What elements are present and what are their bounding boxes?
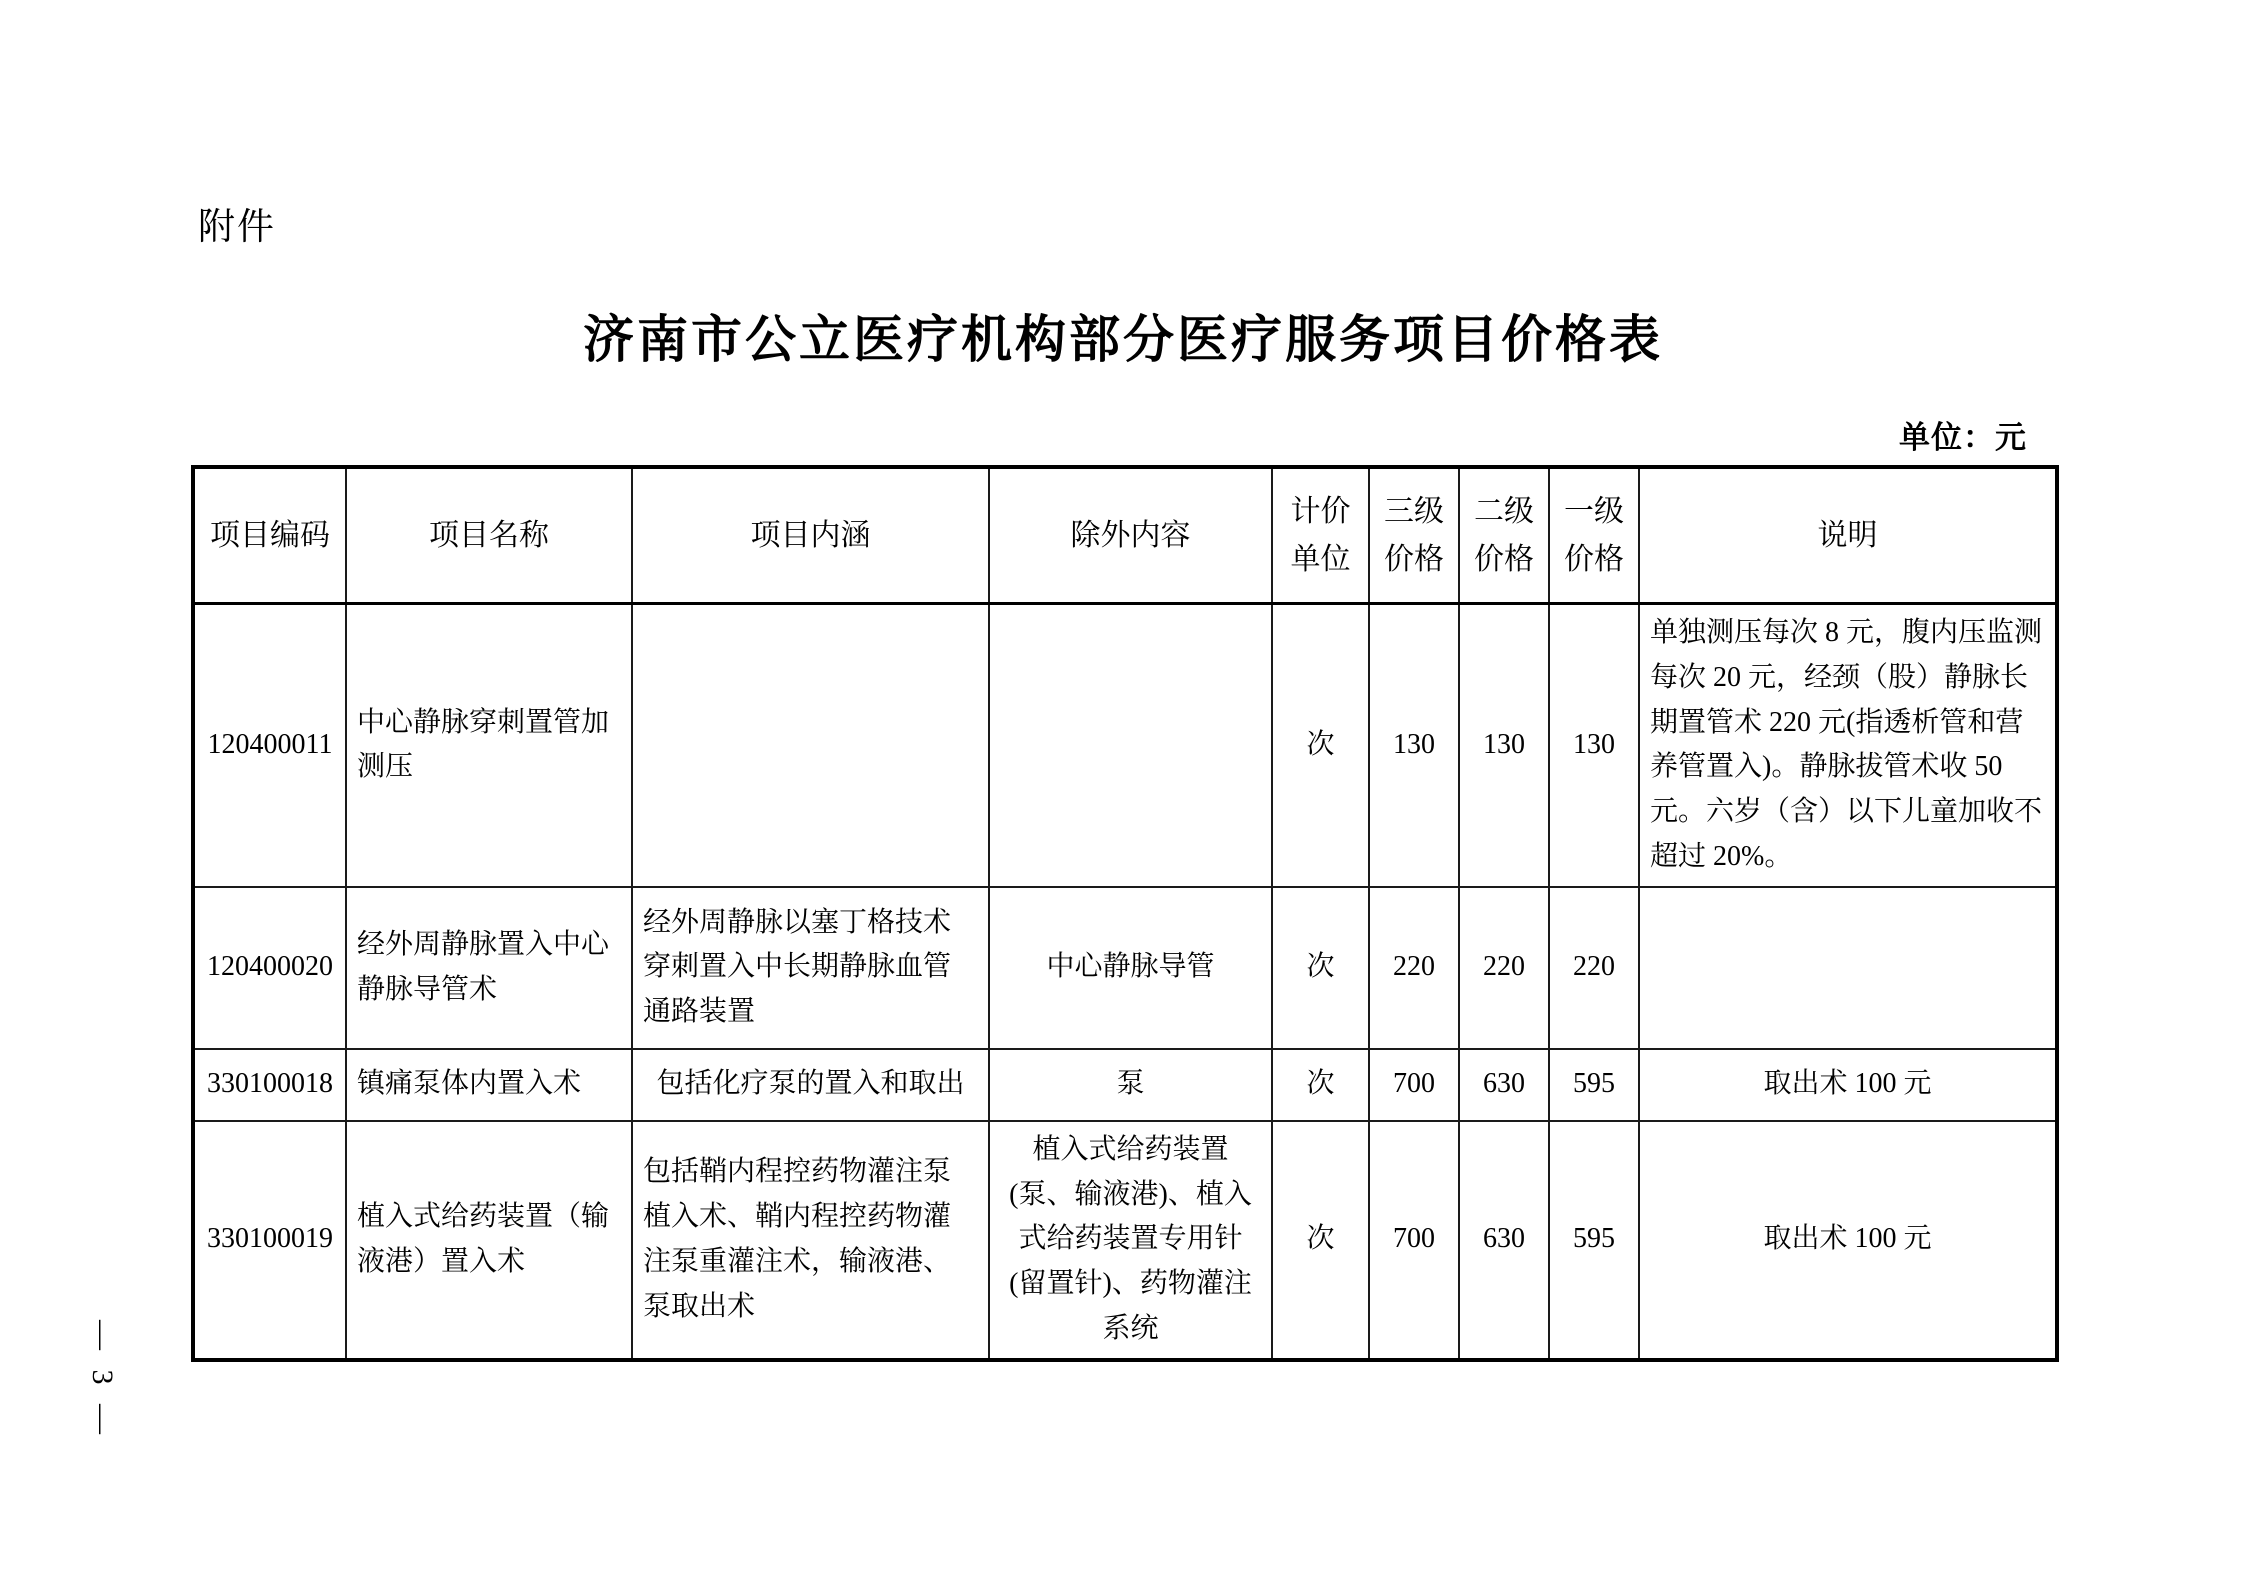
cell-price-l2: 130	[1459, 604, 1549, 887]
cell-name: 经外周静脉置入中心静脉导管术	[346, 887, 632, 1049]
table-row: 120400020 经外周静脉置入中心静脉导管术 经外周静脉以塞丁格技术穿刺置入…	[193, 887, 2057, 1049]
cell-name: 镇痛泵体内置入术	[346, 1049, 632, 1121]
page-title: 济南市公立医疗机构部分医疗服务项目价格表	[0, 298, 2246, 372]
cell-name: 植入式给药装置（输液港）置入术	[346, 1121, 632, 1360]
cell-content: 包括鞘内程控药物灌注泵植入术、鞘内程控药物灌注泵重灌注术，输液港、泵取出术	[632, 1121, 989, 1360]
cell-price-l1: 130	[1549, 604, 1639, 887]
cell-code: 120400011	[193, 604, 346, 887]
cell-unit: 次	[1272, 604, 1369, 887]
table-row: 330100019 植入式给药装置（输液港）置入术 包括鞘内程控药物灌注泵植入术…	[193, 1121, 2057, 1360]
cell-note	[1639, 887, 2057, 1049]
cell-price-l3: 700	[1369, 1049, 1459, 1121]
cell-price-l3: 130	[1369, 604, 1459, 887]
cell-price-l2: 630	[1459, 1049, 1549, 1121]
cell-price-l3: 700	[1369, 1121, 1459, 1360]
attachment-label: 附件	[198, 196, 276, 250]
cell-price-l1: 220	[1549, 887, 1639, 1049]
column-header-unit: 计价 单位	[1272, 467, 1369, 604]
column-header-content: 项目内涵	[632, 467, 989, 604]
column-header-note: 说明	[1639, 467, 2057, 604]
cell-price-l2: 220	[1459, 887, 1549, 1049]
cell-code: 330100019	[193, 1121, 346, 1360]
column-header-excluded: 除外内容	[989, 467, 1272, 604]
cell-note: 单独测压每次 8 元，腹内压监测每次 20 元，经颈（股）静脉长期置管术 220…	[1639, 604, 2057, 887]
cell-code: 120400020	[193, 887, 346, 1049]
price-table: 项目编码 项目名称 项目内涵 除外内容 计价 单位 三级 价格 二级 价格 一级…	[191, 465, 2059, 1362]
table-row: 330100018 镇痛泵体内置入术 包括化疗泵的置入和取出 泵 次 700 6…	[193, 1049, 2057, 1121]
cell-content: 包括化疗泵的置入和取出	[632, 1049, 989, 1121]
header-row: 项目编码 项目名称 项目内涵 除外内容 计价 单位 三级 价格 二级 价格 一级…	[193, 467, 2057, 604]
cell-excluded: 植入式给药装置(泵、输液港)、植入式给药装置专用针(留置针)、药物灌注系统	[989, 1121, 1272, 1360]
column-header-name: 项目名称	[346, 467, 632, 604]
column-header-code: 项目编码	[193, 467, 346, 604]
document-page: 附件 济南市公立医疗机构部分医疗服务项目价格表 单位：元 项目编码 项目名称 项…	[0, 0, 2246, 1588]
column-header-price-l3: 三级 价格	[1369, 467, 1459, 604]
cell-price-l1: 595	[1549, 1049, 1639, 1121]
cell-unit: 次	[1272, 1121, 1369, 1360]
cell-name: 中心静脉穿刺置管加测压	[346, 604, 632, 887]
cell-unit: 次	[1272, 1049, 1369, 1121]
unit-label: 单位：元	[1899, 412, 2027, 457]
column-header-price-l1: 一级 价格	[1549, 467, 1639, 604]
table-row: 120400011 中心静脉穿刺置管加测压 次 130 130 130 单独测压…	[193, 604, 2057, 887]
cell-excluded	[989, 604, 1272, 887]
cell-price-l1: 595	[1549, 1121, 1639, 1360]
cell-content	[632, 604, 989, 887]
cell-price-l2: 630	[1459, 1121, 1549, 1360]
cell-code: 330100018	[193, 1049, 346, 1121]
cell-excluded: 泵	[989, 1049, 1272, 1121]
page-number: — 3 —	[0, 1340, 227, 1420]
column-header-price-l2: 二级 价格	[1459, 467, 1549, 604]
cell-note: 取出术 100 元	[1639, 1049, 2057, 1121]
cell-note: 取出术 100 元	[1639, 1121, 2057, 1360]
cell-unit: 次	[1272, 887, 1369, 1049]
cell-price-l3: 220	[1369, 887, 1459, 1049]
cell-excluded: 中心静脉导管	[989, 887, 1272, 1049]
cell-content: 经外周静脉以塞丁格技术穿刺置入中长期静脉血管通路装置	[632, 887, 989, 1049]
